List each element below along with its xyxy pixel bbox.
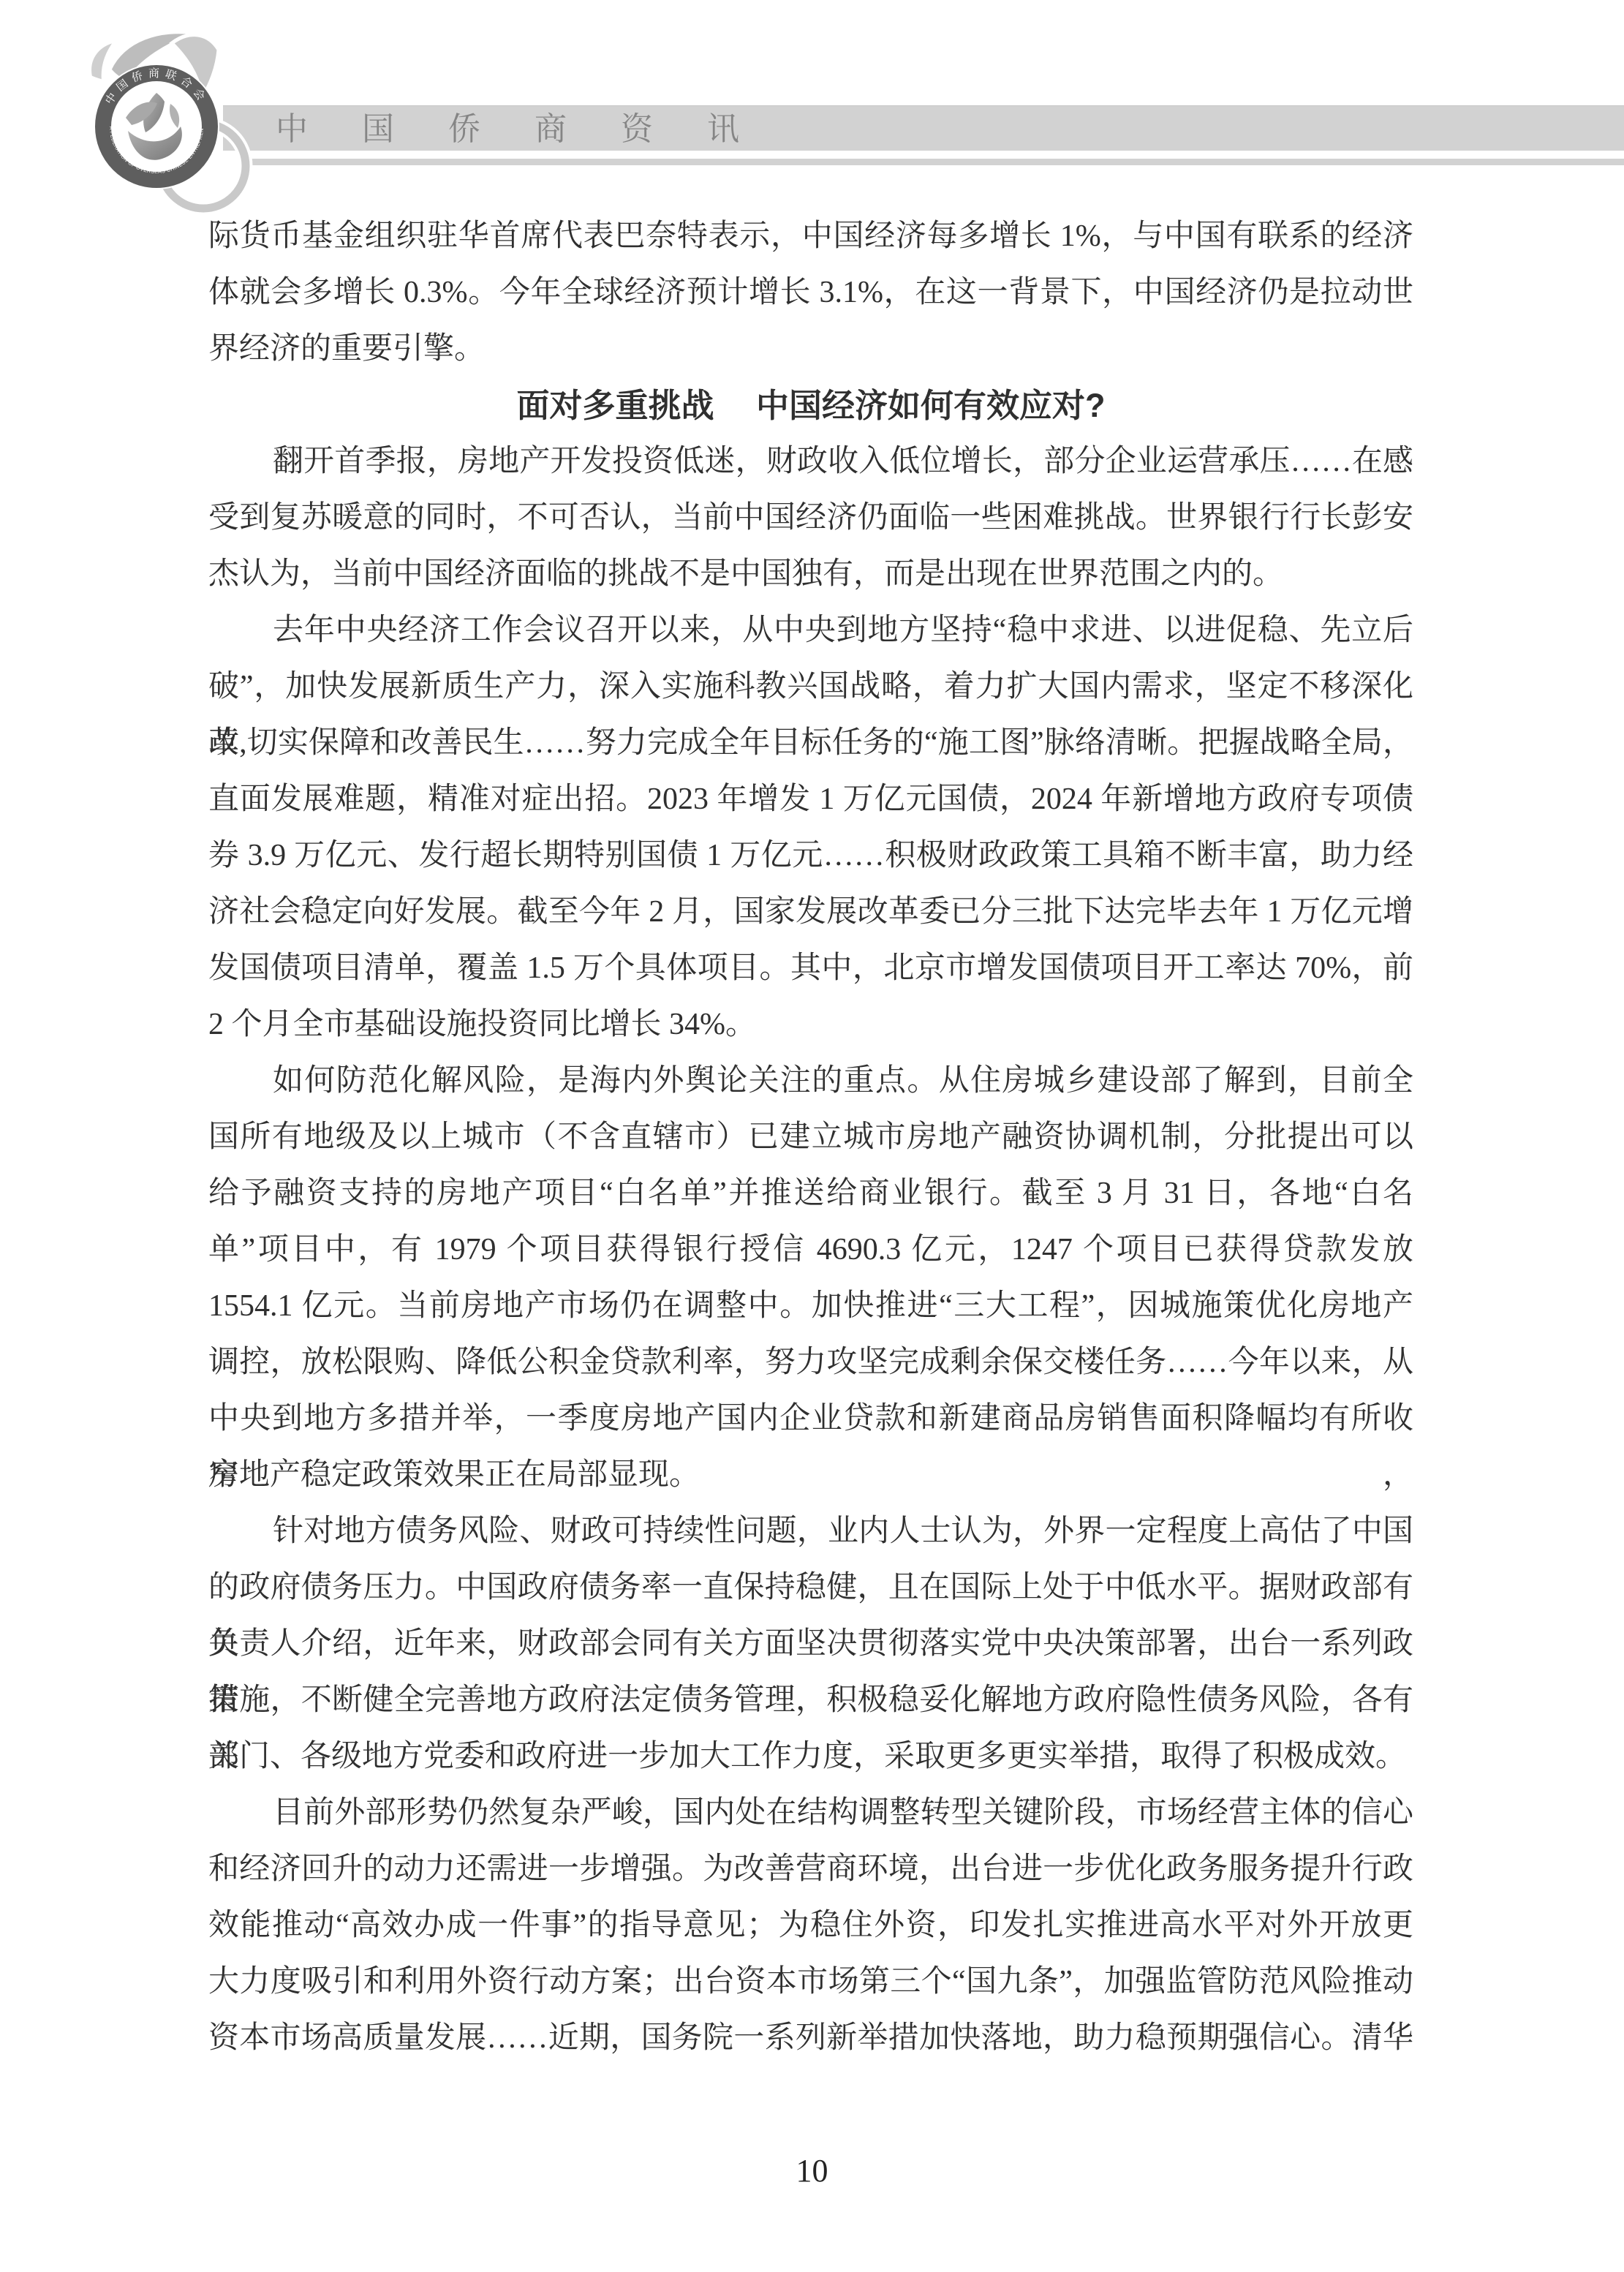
header-title: 中国侨商资讯 <box>276 106 793 151</box>
numeric-text: 2024 <box>1031 782 1092 816</box>
text-line: 破”，加快发展新质生产力，深入实施科教兴国战略，着力扩大国内需求，坚定不移深化改 <box>208 659 1413 715</box>
text-line: 国所有地级及以上城市（不含直辖市）已建立城市房地产融资协调机制，分批提出可以 <box>208 1109 1413 1166</box>
text-line: 革,切实保障和改善民生……努力完成全年目标任务的“施工图”脉络清晰。把握战略全局… <box>208 715 1413 771</box>
numeric-text: 4690.3 <box>817 1233 902 1267</box>
text-line: 负责人介绍，近年来，财政部会同有关方面坚决贯彻落实党中央决策部署，出台一系列政策 <box>208 1616 1413 1672</box>
text-line: 1554.1 亿元。当前房地产市场仍在调整中。加快推进“三大工程”，因城施策优化… <box>208 1278 1413 1335</box>
text-line: 直面发展难题，精准对症出招。2023 年增发 1 万亿元国债，2024 年新增地… <box>208 771 1413 828</box>
text-line: 部门、各级地方党委和政府进一步加大工作力度，采取更多更实举措，取得了积极成效。 <box>208 1729 1413 1785</box>
text-line: 杰认为，当前中国经济面临的挑战不是中国独有，而是出现在世界范围之内的。 <box>208 546 1413 603</box>
numeric-text: 2 <box>649 895 664 929</box>
text-line: 翻开首季报，房地产开发投资低迷，财政收入低位增长，部分企业运营承压……在感 <box>208 434 1413 490</box>
text-line: 如何防范化解风险，是海内外舆论关注的重点。从住房城乡建设部了解到，目前全 <box>208 1053 1413 1109</box>
numeric-text: 2 <box>208 1008 224 1041</box>
section-heading: 面对多重挑战 中国经济如何有效应对? <box>208 377 1413 434</box>
page-number: 10 <box>0 2152 1624 2189</box>
text-line: 2 个月全市基础设施投资同比增长 34%。 <box>208 997 1413 1053</box>
text-line: 界经济的重要引擎。 <box>208 321 1413 377</box>
numeric-text: 70% <box>1295 951 1351 985</box>
text-line: 给予融资支持的房地产项目“白名单”并推送给商业银行。截至 3 月 31 日，各地… <box>208 1166 1413 1222</box>
header-band: 中国侨商资讯 <box>223 105 1624 151</box>
text-line: 针对地方债务风险、财政可持续性问题，业内人士认为，外界一定程度上高估了中国 <box>208 1503 1413 1560</box>
text-line: 目前外部形势仍然复杂严峻，国内处在结构调整转型关键阶段，市场经营主体的信心 <box>208 1785 1413 1841</box>
numeric-text: 34% <box>669 1008 725 1041</box>
text-line: 济社会稳定向好发展。截至今年 2 月，国家发展改革委已分三批下达完毕去年 1 万… <box>208 884 1413 940</box>
numeric-text: 1 <box>706 839 722 872</box>
numeric-text: 1 <box>819 782 834 816</box>
text-line: 措施，不断健全完善地方政府法定债务管理，积极稳妥化解地方政府隐性债务风险，各有关 <box>208 1672 1413 1729</box>
numeric-text: 1554.1 <box>208 1289 293 1323</box>
text-line: 券 3.9 万亿元、发行超长期特别国债 1 万亿元……积极财政政策工具箱不断丰富… <box>208 828 1413 884</box>
article-body: 际货币基金组织驻华首席代表巴奈特表示，中国经济每多增长 1%，与中国有联系的经济… <box>208 208 1413 2067</box>
document-page: 中国侨商资讯 <box>0 0 1624 2272</box>
text-line: 体就会多增长 0.3%。今年全球经济预计增长 3.1%，在这一背景下，中国经济仍… <box>208 265 1413 321</box>
numeric-text: 0.3% <box>404 276 468 309</box>
numeric-text: 3.1% <box>819 276 883 309</box>
numeric-text: 1.5 <box>526 951 565 985</box>
numeric-text: 1979 <box>435 1233 496 1267</box>
numeric-text: 31 <box>1164 1177 1195 1210</box>
text-line: 和经济回升的动力还需进一步增强。为改善营商环境，出台进一步优化政务服务提升行政 <box>208 1841 1413 1898</box>
numeric-text: 1% <box>1060 219 1101 253</box>
text-line: 资本市场高质量发展……近期，国务院一系列新举措加快落地，助力稳预期强信心。清华 <box>208 2010 1413 2067</box>
text-line: 去年中央经济工作会议召开以来，从中央到地方坚持“稳中求进、以进促稳、先立后 <box>208 603 1413 659</box>
text-line: 单”项目中，有 1979 个项目获得银行授信 4690.3 亿元，1247 个项… <box>208 1222 1413 1278</box>
numeric-text: 3 <box>1097 1177 1112 1210</box>
text-line: 中央到地方多措并举，一季度房地产国内企业贷款和新建商品房销售面积降幅均有所收窄， <box>208 1391 1413 1447</box>
org-logo-icon: 中国侨商联合会 CHINA FEDERATION OF OVERSEAS CHI… <box>73 24 249 208</box>
numeric-text: 2023 <box>647 782 709 816</box>
numeric-text: 3.9 <box>248 839 287 872</box>
header-strip <box>245 159 1624 165</box>
text-line: 际货币基金组织驻华首席代表巴奈特表示，中国经济每多增长 1%，与中国有联系的经济 <box>208 208 1413 265</box>
numeric-text: 1247 <box>1011 1233 1073 1267</box>
text-line: 受到复苏暖意的同时，不可否认，当前中国经济仍面临一些困难挑战。世界银行行长彭安 <box>208 490 1413 546</box>
numeric-text: 1 <box>1266 895 1282 929</box>
text-line: 效能推动“高效办成一件事”的指导意见；为稳住外资，印发扎实推进高水平对外开放更 <box>208 1898 1413 1954</box>
text-line: 发国债项目清单，覆盖 1.5 万个具体项目。其中，北京市增发国债项目开工率达 7… <box>208 940 1413 997</box>
text-line: 大力度吸引和利用外资行动方案；出台资本市场第三个“国九条”，加强监管防范风险推动 <box>208 1954 1413 2010</box>
text-line: 调控，放松限购、降低公积金贷款利率，努力攻坚完成剩余保交楼任务……今年以来，从 <box>208 1335 1413 1391</box>
text-line: 的政府债务压力。中国政府债务率一直保持稳健，且在国际上处于中低水平。据财政部有关 <box>208 1560 1413 1616</box>
